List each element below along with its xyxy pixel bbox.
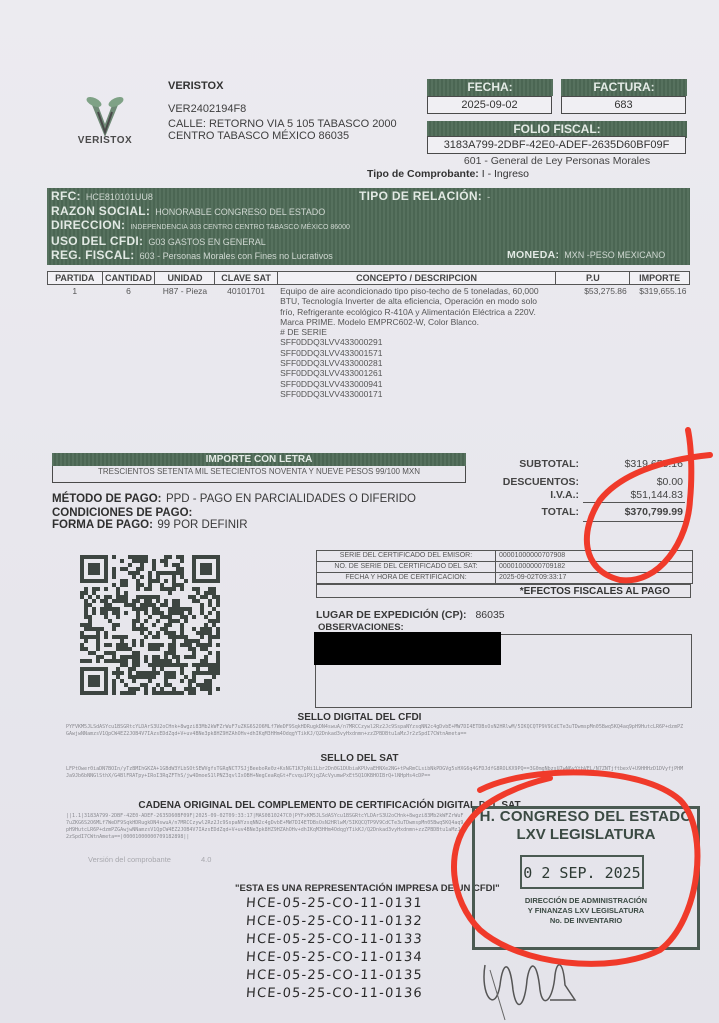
sello-sat-title: SELLO DEL SAT [0,753,719,764]
inventario-handwritten: HCE-05-25-CO-11-0133 [245,932,423,947]
col-pu: P.U [556,272,630,285]
col-clave-sat: CLAVE SAT [215,272,277,285]
serie-number: SFF0DDQ3LVV433000291 [280,337,553,347]
emisor-address-2: CENTRO TABASCO MÉXICO 86035 [168,130,349,142]
cell-concepto: Equipo de aire acondicionado tipo piso-t… [277,285,556,401]
signature-icon [475,945,585,1023]
descuentos-value: $0.00 [657,476,683,488]
certificacion-table: SERIE DEL CERTIFICADO DEL EMISOR:0000100… [316,550,693,584]
cert-row: FECHA Y HORA DE CERTIFICACION:2025-09-02… [317,573,693,584]
cadena-text: ||1.1|3183A799-2DBF-42E0-ADEF-2635D60BF0… [66,813,466,841]
lugar-expedicion: LUGAR DE EXPEDICIÓN (CP): 86035 [316,609,505,621]
sello-cfdi-title: SELLO DIGITAL DEL CFDI [0,712,719,723]
inventario-handwritten: HCE-05-25-CO-11-0135 [245,968,423,983]
tipo-relacion: TIPO DE RELACIÓN:- [359,189,490,203]
inventario-handwritten: HCE-05-25-CO-11-0131 [245,896,423,911]
fecha-value: 2025-09-02 [427,96,552,114]
importe-letra-value: TRESCIENTOS SETENTA MIL SETECIENTOS NOVE… [52,467,466,476]
stamp-line1: H. CONGRESO DEL ESTADO [472,808,700,825]
sello-sat-text: LFPtOwer0iaDN7BOIn/yTzBMIhGKZA+1GBdW3YLb… [66,766,686,780]
importe-letra-label: IMPORTE CON LETRA [52,453,466,466]
col-partida: PARTIDA [48,272,103,285]
efectos-fiscales: *EFECTOS FISCALES AL PAGO [316,584,691,598]
fecha-label: FECHA: [427,79,553,96]
emisor-address-1: CALLE: RETORNO VIA 5 105 TABASCO 2000 [168,118,397,130]
factura-value: 683 [561,96,686,114]
subtotal-value: $319,655.16 [625,458,683,470]
forma-pago: FORMA DE PAGO: 99 POR DEFINIR [52,515,248,533]
cell-partida: 1 [48,285,103,401]
sello-cfdi-text: PYFVKM5JLSdASYcu1BSGRtcYLDArS3U2oCHnk+8w… [66,724,686,738]
iva-label: I.V.A.: [550,489,579,501]
subtotal-label: SUBTOTAL: [519,458,579,470]
tipo-comprobante-label: Tipo de Comprobante: [367,168,479,180]
cell-unidad: H87 - Pieza [155,285,215,401]
cell-pu: $53,275.86 [556,285,630,401]
receptor-reg-fiscal: REG. FISCAL:603 - Personas Morales con F… [51,248,333,262]
inventario-handwritten: HCE-05-25-CO-11-0132 [245,914,423,929]
serie-number: SFF0DDQ3LVV433000171 [280,389,553,399]
moneda: MONEDA:MXN -PESO MEXICANO [507,249,665,261]
regimen-emisor: 601 - General de Ley Personas Morales [427,155,687,167]
qr-code-icon [80,555,220,695]
emisor-rfc: VER2402194F8 [168,103,246,115]
stamp-date: 0 2 SEP. 2025 [520,855,644,889]
serie-number: SFF0DDQ3LVV433001571 [280,348,553,358]
inventario-handwritten: HCE-05-25-CO-11-0134 [245,950,423,965]
cert-row: NO. DE SERIE DEL CERTIFICADO DEL SAT:000… [317,562,693,573]
serie-label: # DE SERIE [280,327,553,337]
tipo-comprobante: Tipo de Comprobante: I - Ingreso [367,168,529,180]
factura-label: FACTURA: [561,79,687,96]
concepto-descripcion: Equipo de aire acondicionado tipo piso-t… [280,286,553,327]
items-table: PARTIDA CANTIDAD UNIDAD CLAVE SAT CONCEP… [47,271,690,400]
col-cantidad: CANTIDAD [102,272,155,285]
inventario-handwritten: HCE-05-25-CO-11-0136 [245,986,423,1001]
receptor-razon-social: RAZON SOCIAL:HONORABLE CONGRESO DEL ESTA… [51,204,325,218]
serie-number: SFF0DDQ3LVV433000281 [280,358,553,368]
cell-clave: 40101701 [215,285,277,401]
tipo-comprobante-value: I - Ingreso [482,168,529,180]
col-concepto: CONCEPTO / DESCRIPCION [277,272,556,285]
table-row: 1 6 H87 - Pieza 40101701 Equipo de aire … [48,285,690,401]
stamp-dept1: DIRECCIÓN DE ADMINISTRACIÓN [472,896,700,905]
stamp-line2: LXV LEGISLATURA [472,826,700,843]
folio-value: 3183A799-2DBF-42E0-ADEF-2635D60BF09F [427,136,686,154]
total-label: TOTAL: [541,506,579,518]
col-unidad: UNIDAD [155,272,215,285]
iva-value: $51,144.83 [630,489,683,501]
receptor-rfc: RFC:HCE810101UU8 [51,189,153,203]
redaction-bar [314,632,501,665]
serie-number: SFF0DDQ3LVV433000941 [280,379,553,389]
total-divider [583,502,685,503]
total-value: $370,799.99 [625,506,683,518]
cell-cantidad: 6 [102,285,155,401]
serie-number: SFF0DDQ3LVV433001261 [280,368,553,378]
stamp-dept2: Y FINANZAS LXV LEGISLATURA [472,906,700,915]
receptor-uso-cfdi: USO DEL CFDI:G03 GASTOS EN GENERAL [51,234,266,248]
items-header-row: PARTIDA CANTIDAD UNIDAD CLAVE SAT CONCEP… [48,272,690,285]
version-comprobante: Versión del comprobante4.0 [88,855,211,864]
representacion-impresa: "ESTA ES UNA REPRESENTACIÓN IMPRESA DE U… [235,883,500,894]
receptor-band: RFC:HCE810101UU8 TIPO DE RELACIÓN:- RAZO… [47,188,690,265]
logo-text: VERISTOX [70,135,140,146]
receptor-direccion: DIRECCION:INDEPENDENCIA 303 CENTRO CENTR… [51,218,350,232]
total-divider [583,521,685,522]
cell-importe: $319,655.16 [630,285,690,401]
invoice-page: VERISTOX VERISTOX VER2402194F8 CALLE: RE… [0,0,719,1023]
emisor-name: VERISTOX [168,80,223,92]
descuentos-label: DESCUENTOS: [503,476,579,488]
stamp-dept3: No. DE INVENTARIO [472,916,700,925]
cert-row: SERIE DEL CERTIFICADO DEL EMISOR:0000100… [317,551,693,562]
col-importe: IMPORTE [630,272,690,285]
